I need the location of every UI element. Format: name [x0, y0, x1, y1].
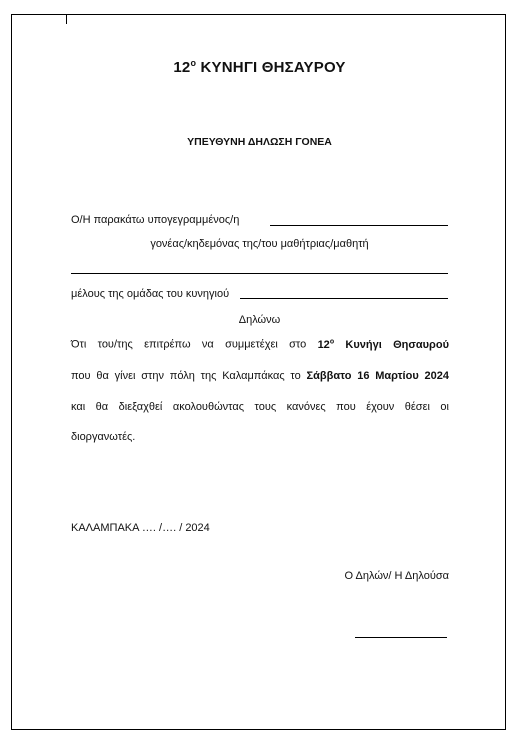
margin-marker	[66, 14, 67, 24]
signer-name-blank[interactable]	[270, 225, 448, 226]
signature-blank[interactable]	[355, 637, 447, 638]
document-subtitle: ΥΠΕΥΘΥΝΗ ΔΗΛΩΣΗ ΓΟΝΕΑ	[0, 136, 519, 148]
declare-heading: Δηλώνω	[0, 314, 519, 326]
team-label: μέλους της ομάδας του κυνηγιού	[71, 288, 229, 300]
team-name-blank[interactable]	[240, 298, 448, 299]
signer-label: Ο/Η παρακάτω υπογεγραμμένος/η	[71, 214, 239, 226]
guardian-label: γονέας/κηδεμόνας της/του μαθήτριας/μαθητ…	[0, 238, 519, 250]
paragraph-line-2: που θα γίνει στην πόλη της Καλαμπάκας το…	[71, 370, 449, 382]
student-name-blank[interactable]	[71, 273, 448, 274]
document-title: 12ο ΚΥΝΗΓΙ ΘΗΣΑΥΡΟΥ	[0, 58, 519, 76]
paragraph-line-1: Ότι του/της επιτρέπω να συμμετέχει στο 1…	[71, 338, 449, 351]
paragraph-line-3: και θα διεξαχθεί ακολουθώντας τους κανόν…	[71, 401, 449, 413]
paragraph-line-4: διοργανωτές.	[71, 431, 135, 443]
place-date: ΚΑΛΑΜΠΑΚΑ …. /…. / 2024	[71, 522, 210, 534]
signature-label: Ο Δηλών/ Η Δηλούσα	[345, 570, 449, 582]
